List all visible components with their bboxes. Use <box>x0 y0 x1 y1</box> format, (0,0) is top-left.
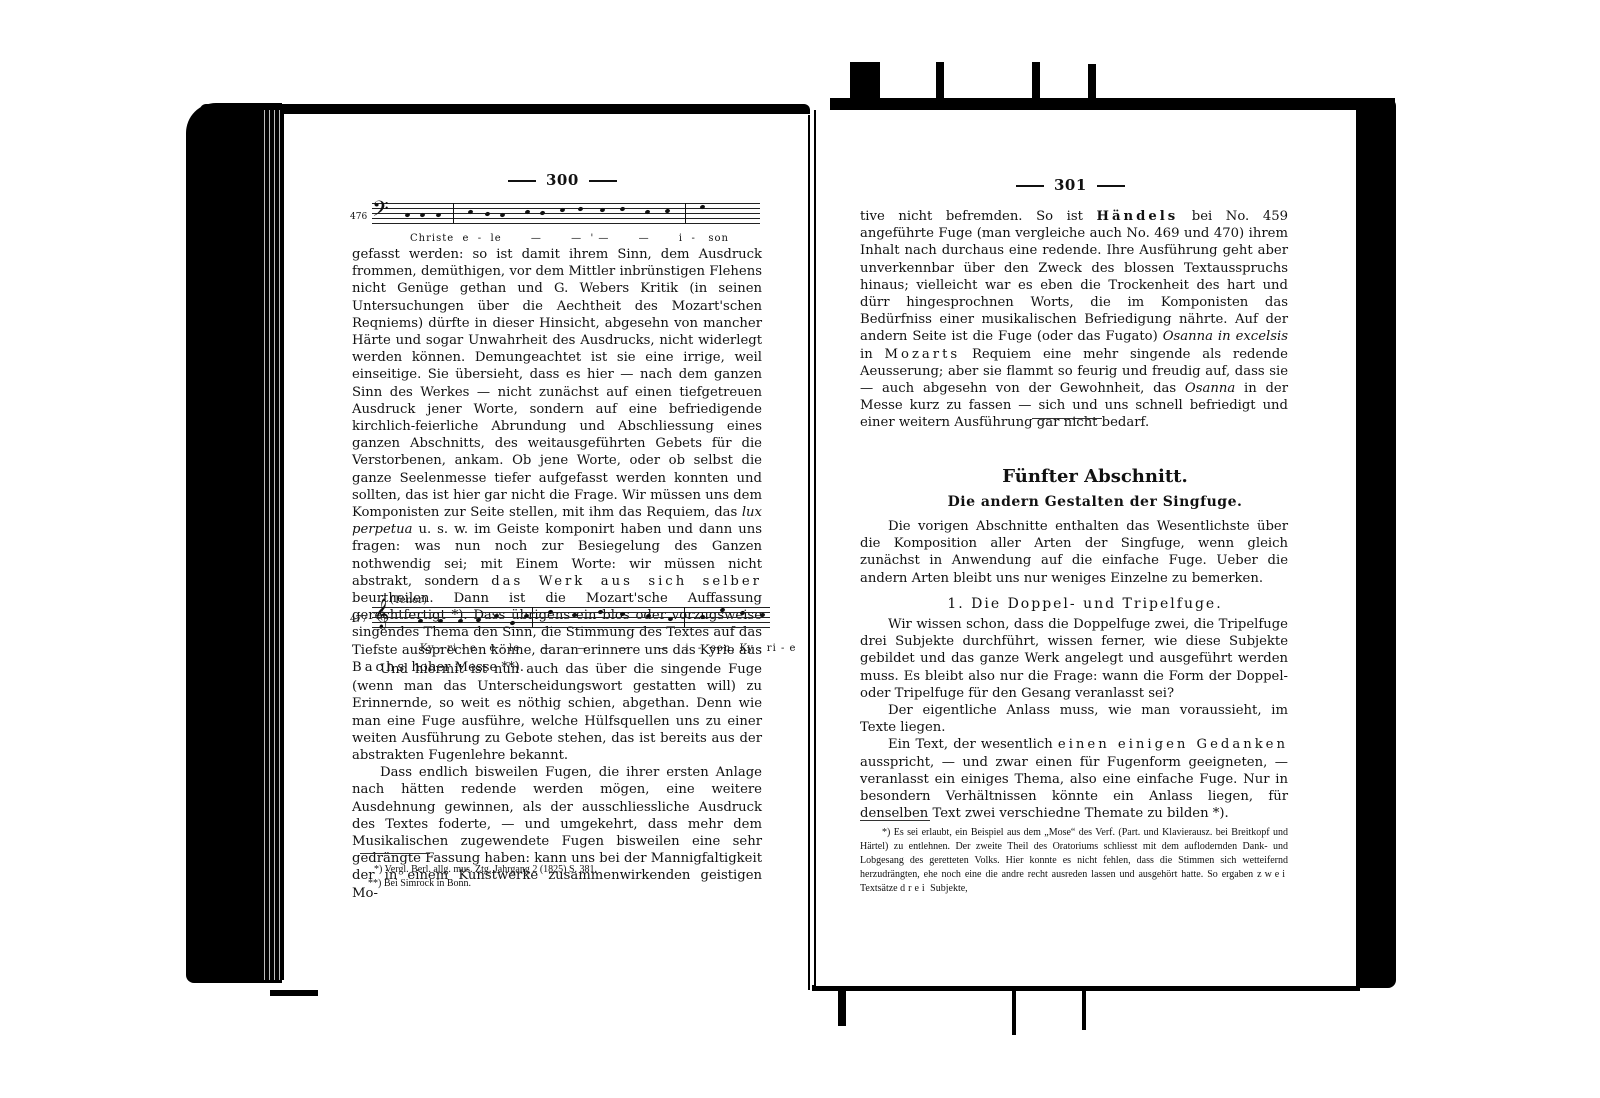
page-number: 301 <box>1006 176 1135 194</box>
chapter-subtitle: Die andern Gestalten der Singfuge. <box>860 494 1330 510</box>
paragraph: Die vorigen Abschnitte enthalten das Wes… <box>860 518 1288 587</box>
example-number: 476 <box>350 212 367 222</box>
footnote: *) Es sei erlaubt, ein Beispiel aus dem … <box>860 826 1288 896</box>
page-tab <box>1032 62 1040 102</box>
left-page: 300 476 𝄢 Christe e - le — — ' — — i - s… <box>288 115 810 990</box>
paragraph: Der eigentliche Anlass muss, wie man vor… <box>860 702 1288 736</box>
lyrics: Christe e - le — — ' — — i - son <box>410 233 729 244</box>
treble-clef-icon: 𝄞 <box>374 601 389 627</box>
lyrics: Ky - ri - e e - le — — — — i - son, Ky -… <box>420 643 796 654</box>
voice-label: (Tenor) <box>390 595 427 606</box>
footnotes: *) Es sei erlaubt, ein Beispiel aus dem … <box>860 826 1288 896</box>
scan-artifact <box>1012 990 1016 1035</box>
book-top-edge-left <box>200 104 810 114</box>
footnote-rule <box>360 853 430 854</box>
right-text-column-3: Wir wissen schon, dass die Doppelfuge zw… <box>860 616 1288 822</box>
page-tab <box>936 62 944 102</box>
section-heading: 1. Die Doppel- und Tripelfuge. <box>860 596 1310 612</box>
right-page: 301 tive nicht befremden. So ist Händels… <box>814 110 1356 986</box>
footnote-rule <box>860 820 930 821</box>
footnotes: *) Vergl. Berl. allg. mus. Ztg. Jahrgang… <box>368 863 768 891</box>
right-text-column: tive nicht befremden. So ist Händels bei… <box>860 208 1288 432</box>
bass-clef-icon: 𝄢 <box>372 199 389 225</box>
music-example-476: 476 𝄢 Christe e - le — — ' — — i - son <box>350 201 760 251</box>
paragraph: tive nicht befremden. So ist Händels bei… <box>860 208 1288 432</box>
paragraph: Ein Text, der wesentlich einen einigen G… <box>860 736 1288 822</box>
book-cover-right <box>1356 98 1396 988</box>
page-tab <box>1088 64 1096 102</box>
music-example-477: 477 (Tenor) 𝄞 Ky - ri - e e - le — — — —… <box>350 595 770 655</box>
paragraph: Und hiermit ist nun auch das über die si… <box>352 661 762 764</box>
book-bottom-edge-left <box>270 990 318 996</box>
footnote: **) Bei Simrock in Bonn. <box>368 877 768 891</box>
book-top-edge-right <box>830 98 1395 110</box>
paragraph: Wir wissen schon, dass die Doppelfuge zw… <box>860 616 1288 702</box>
section-divider <box>1032 418 1102 419</box>
page-number: 300 <box>498 171 627 189</box>
example-number: 477 <box>350 615 367 625</box>
page-tab <box>850 62 880 102</box>
footnote: *) Vergl. Berl. allg. mus. Ztg. Jahrgang… <box>368 863 768 877</box>
book-fore-edge-left <box>262 110 284 980</box>
chapter-title: Fünfter Abschnitt. <box>860 466 1330 487</box>
scan-artifact <box>1082 990 1086 1030</box>
scan-artifact <box>838 990 846 1026</box>
right-text-column-2: Die vorigen Abschnitte enthalten das Wes… <box>860 518 1288 587</box>
